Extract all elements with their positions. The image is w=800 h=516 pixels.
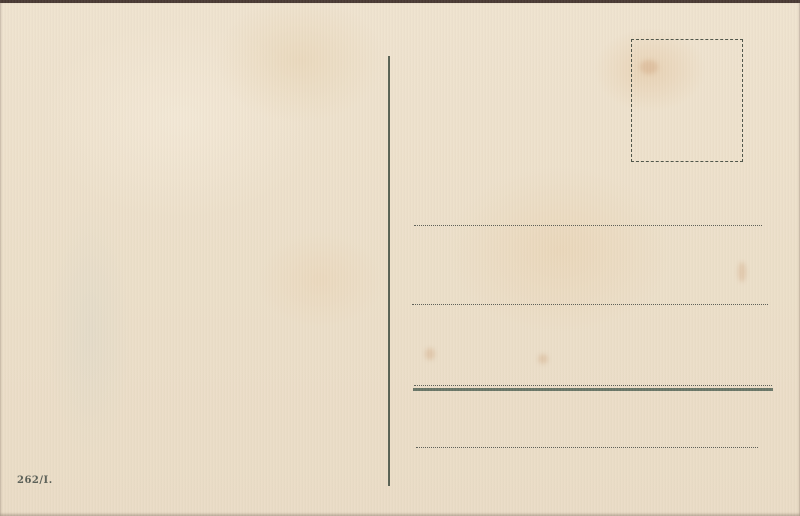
age-stain [738,262,746,282]
age-stain [425,348,435,360]
address-thick-rule [413,388,773,391]
stamp-placement-box [631,39,743,162]
scan-top-edge [0,0,800,3]
age-stain [538,354,548,364]
catalog-number: 262/I. [17,475,53,486]
address-line-4 [416,447,758,448]
postcard-back: 262/I. [0,0,800,516]
center-divider-line [388,56,390,486]
address-line-1 [414,225,762,226]
address-line-3 [414,385,772,386]
address-line-2 [412,304,768,305]
